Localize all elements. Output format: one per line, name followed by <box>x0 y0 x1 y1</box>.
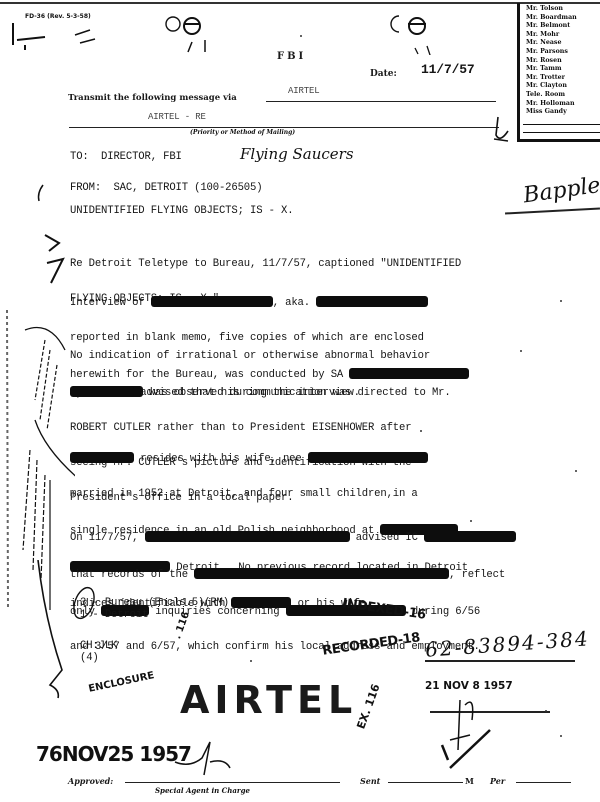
text-line: that records of the , reflect <box>70 568 516 582</box>
routing-name: Mr. Clayton <box>520 82 600 91</box>
from-line: FROM: SAC, DETROIT (100-26505) <box>70 183 262 195</box>
handwritten-initials-icon <box>430 690 500 770</box>
routing-name: Mr. Parsons <box>520 48 600 57</box>
text-line: Interview of , aka. <box>70 296 469 310</box>
margin-long-stroke-icon <box>20 560 80 700</box>
margin-check-marks-icon <box>25 175 65 295</box>
redaction <box>70 386 134 397</box>
transmit-underline <box>266 101 496 102</box>
routing-name: Mr. Rosen <box>520 57 600 66</box>
handwritten-scribble-icon <box>5 15 125 55</box>
text-line: advised that his communication was direc… <box>70 386 451 400</box>
sac-label: Special Agent in Charge <box>155 786 250 795</box>
distribution-line-1: 3 - Bureau (Encls.5)(RM) <box>80 598 229 610</box>
redaction <box>70 452 134 463</box>
redaction <box>316 296 428 307</box>
top-border <box>0 2 600 4</box>
routing-name: Mr. Tolson <box>520 5 600 14</box>
text-line: married in 1952 at Detroit, and four sma… <box>70 489 468 501</box>
sent-label: Sent <box>360 776 380 786</box>
copy-count: (4) <box>80 653 99 665</box>
handwritten-note: Flying Saucers <box>240 145 354 163</box>
redaction <box>151 296 273 307</box>
transmit-value: AIRTEL <box>288 86 320 98</box>
handwritten-circle-marks-icon <box>160 12 220 57</box>
priority-underline <box>69 127 499 128</box>
routing-name: Mr. Holloman <box>520 100 600 109</box>
routing-name: Miss Gandy <box>520 108 600 117</box>
routing-name: Mr. Trotter <box>520 74 600 83</box>
priority-value: AIRTEL - RE <box>148 112 206 124</box>
handwritten-circle-marks-icon <box>385 10 445 55</box>
routing-name: Mr. Tamm <box>520 65 600 74</box>
text-line: resides with his wife, nee <box>70 452 468 466</box>
agency-label: FBI <box>277 51 306 62</box>
subject-line: UNIDENTIFIED FLYING OBJECTS; IS - X. <box>70 206 293 218</box>
airtel-stamp: AIRTEL <box>180 678 357 722</box>
typist-initials: CH:JLK <box>80 641 117 653</box>
handwritten-signature: Bapplerin <box>522 169 600 209</box>
m-label: M <box>465 776 474 786</box>
bottom-date-stamp: 76NOV25 1957 <box>36 742 191 766</box>
routing-slip: Mr. Tolson Mr. Boardman Mr. Belmont Mr. … <box>517 3 600 142</box>
redaction <box>308 452 428 463</box>
to-line: TO: DIRECTOR, FBI <box>70 152 182 164</box>
ex-116-stamp: EX. 116 <box>354 682 382 731</box>
date-label: Date: <box>370 69 397 79</box>
redaction <box>424 531 516 542</box>
text-line: Re Detroit Teletype to Bureau, 11/7/57, … <box>70 259 461 271</box>
per-line <box>516 782 571 783</box>
routing-name: Tele. Room <box>520 91 600 100</box>
redaction <box>194 568 449 579</box>
redaction <box>145 531 350 542</box>
enclosure-stamp: ENCLOSURE <box>88 670 156 695</box>
text-line: On 11/7/57, advised IC <box>70 531 516 545</box>
routing-name: Mr. Boardman <box>520 14 600 23</box>
routing-name: Mr. Belmont <box>520 22 600 31</box>
sent-line <box>388 782 463 783</box>
text-line: No indication of irrational or otherwise… <box>70 351 430 363</box>
file-number-underline <box>425 660 575 662</box>
approved-label: Approved: <box>68 776 113 786</box>
signature-underline <box>505 208 600 215</box>
per-label: Per <box>490 776 505 786</box>
transmit-label: Transmit the following message via <box>68 93 237 103</box>
routing-name: Mr. Nease <box>520 39 600 48</box>
distribution-line-2: 1 - Detroit <box>80 610 148 622</box>
date-value: 11/7/57 <box>421 64 475 76</box>
approved-line <box>125 782 340 783</box>
handwritten-signature-icon <box>170 740 250 780</box>
routing-name: Mr. Mohr <box>520 31 600 40</box>
priority-label: (Priority or Method of Mailing) <box>190 129 295 136</box>
handwritten-check-icon <box>490 115 512 145</box>
